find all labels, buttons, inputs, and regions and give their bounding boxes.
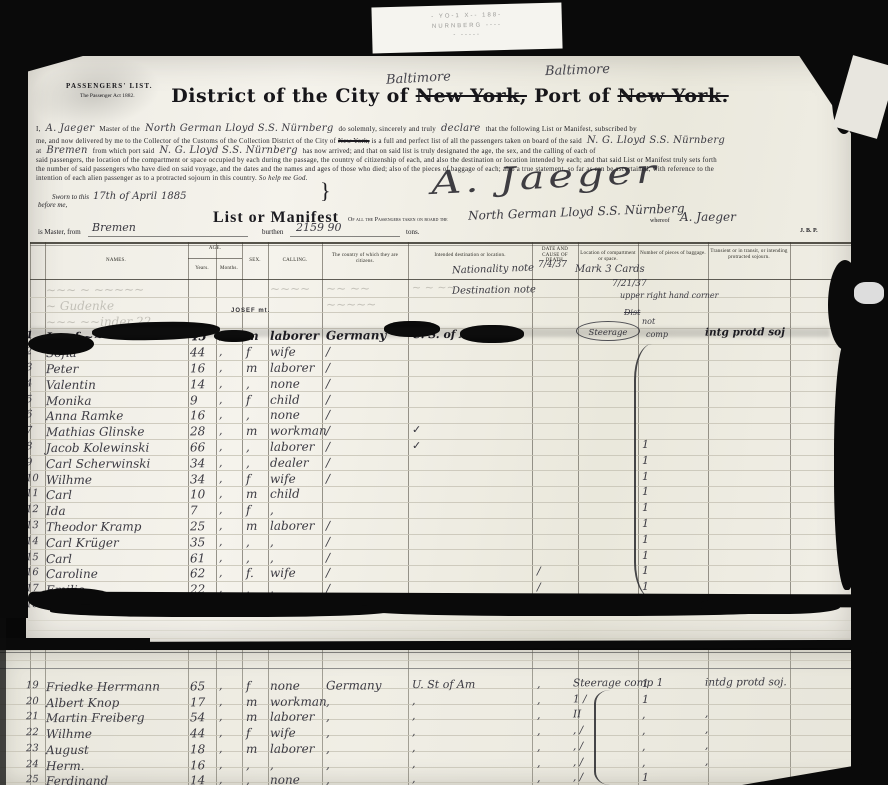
declaration-segment: is a full and perfect list of all the pa… [372,138,582,145]
col-header-calling: CALLING. [268,258,322,264]
handwritten-baltimore-2: Baltimore [545,62,610,79]
cell-sex: , [246,535,250,549]
cell-comp: , / [573,724,583,736]
rule-line [28,638,855,639]
cell-trans: , [705,739,708,751]
cell-mos: , [219,456,223,469]
declaration-segment: do solemnly, sincerely and truly [338,125,436,133]
damage-band [50,603,390,617]
cell-dth: , [537,772,541,785]
cell-sex: f. [246,566,254,580]
declaration-segment: has now arrived; and that on said list i… [303,148,596,155]
cell-ctry: , [326,694,330,708]
declaration-segment: that the following List or Manifest, sub… [486,125,637,133]
declaration-segment: So help me God. [259,175,308,182]
corner-note: upper right hand corner [620,291,732,300]
edge-white-notch [854,282,884,304]
rule-line [30,242,853,244]
cell-dest: , [412,741,416,754]
cell-name: Monika [46,393,92,407]
declaration-segment: N. G. Lloyd S.S. Nürnberg [584,135,728,146]
declaration-segment: New York, [338,138,370,145]
cell-dth: , [537,756,541,769]
col-header-years: Years. [188,266,216,272]
col-header-age: AGE. [189,246,241,252]
cell-no: 23 [26,743,39,754]
cell-ctry: / [326,566,330,580]
smear-band [30,328,830,337]
cell-dest: , [412,772,416,785]
cell-yrs: 7 [190,503,198,517]
cell-call: wife [270,471,296,485]
cell-sex: f [246,679,251,693]
cell-yrs: 16 [190,409,205,423]
before-me: before me, [38,201,67,209]
mark-cards-date: 7/21/37 [612,279,647,289]
cell-sex: f [246,503,251,517]
title-prefix: District of the City of [171,85,408,107]
rule-line [0,652,888,653]
cell-bag: 1 [642,693,649,706]
cell-name: Theodor Kramp [46,520,142,534]
master-name-fill: A. Jaeger [680,210,736,224]
cell-call: dealer [270,456,309,470]
cell-call: workman [270,694,327,708]
cell-mos: , [219,711,223,724]
cell-ctry: Germany [326,678,382,692]
cell-sex: f [246,345,251,359]
cell-dth: , [537,677,541,690]
cell-no: 22 [26,727,39,738]
cell-ctry: , [326,726,330,740]
cell-yrs: 9 [190,393,198,407]
cell-ctry: / [326,408,330,422]
film-edge-left-lower [0,618,6,785]
cell-ctry: / [326,424,330,438]
cell-dest: , [412,725,416,738]
cell-yrs: 34 [190,472,205,486]
cell-name: Ida [46,504,66,518]
cell-sex: , [246,408,250,422]
cell-call: none [270,408,300,422]
cell-call: , [270,550,274,564]
cell-mos: , [219,377,223,390]
mark-cards-note: Mark 3 Cards [575,264,645,275]
cell-ctry: ~~ ~~ [326,281,370,295]
cell-mos: , [219,695,223,708]
cell-ctry: / [326,534,330,548]
cell-no: 20 [26,696,39,707]
cell-mos: , [219,472,223,485]
cell-mos: , [219,440,223,453]
cell-comp: Steerage comp 1 [573,677,663,689]
damage-band [700,597,840,614]
separator-bar [0,640,888,650]
cell-no: 25 [26,774,39,785]
cell-mos: , [219,535,223,548]
cell-ctry: / [326,345,330,359]
blank-underline [290,236,400,237]
cell-yrs: 28 [190,424,205,438]
cell-name: Mathias Glinske [46,425,145,440]
cell-call: child [270,392,300,406]
cell-call: laborer [270,710,315,724]
cell-sex: m [246,742,257,756]
declaration-line: at Bremen from which port said N. G. Llo… [36,146,856,156]
district-title: District of the City of New York, Port o… [140,85,760,107]
cell-name: Carl [46,488,72,502]
edge-blot [864,652,884,702]
cell-no: 24 [26,759,39,770]
josef-stamp: JOSEF mt. [231,308,270,314]
port-fill: Bremen [92,221,136,234]
cell-mos: , [219,567,223,580]
cell-sex: f [246,726,251,740]
cell-call: , [270,535,274,549]
cell-call: wife [270,566,296,580]
cell-ctry: , [326,773,330,785]
col-header-transit: Transient or in transit, or intending pr… [709,249,789,260]
cell-mos: , [219,424,223,437]
cell-name: ~~~ ~ ~~~~~ [46,283,144,298]
declaration-segment: North German Lloyd S.S. Nürnberg [142,123,336,134]
cell-mos: , [219,393,223,406]
cell-dest: ✓ [412,423,421,436]
cell-ctry: / [326,455,330,469]
cell-call: none [270,377,300,391]
cell-sex: m [246,487,257,501]
rule-line [30,245,853,246]
cell-yrs: 14 [190,377,205,391]
cell-dest: ✓ [412,439,421,452]
cell-bag: 1 [642,771,649,784]
cell-trans: , [705,724,708,736]
rule-line [0,668,888,669]
cell-sex: m [246,710,257,724]
cell-ctry: , [326,741,330,755]
col-header-months: Months. [216,266,242,272]
cell-bag: 1 [642,677,649,690]
cell-no: 19 [26,680,39,691]
cell-sex: , [246,773,250,785]
cell-yrs: 44 [190,345,205,359]
edge-blot [828,260,862,350]
cell-comp: , / [573,740,583,752]
cell-yrs: 10 [190,488,205,502]
cell-sex: , [246,456,250,470]
declaration-line: I, A. Jaeger Master of the North German … [36,122,856,136]
cell-dth: , [537,693,541,706]
cell-call: laborer [270,519,315,533]
cell-yrs: 61 [190,551,205,565]
burthen-label: burthen [262,228,283,236]
cell-name: ~ Gudenke [46,299,114,313]
cell-bag: , [642,708,646,721]
tons-value: 2159 90 [296,221,342,234]
cell-dest: U. St of Am [412,678,475,691]
film-edge-left [0,0,28,618]
cell-trans: , [705,708,708,720]
declaration-segment: me, and now delivered by me to the Colle… [36,138,336,145]
cell-mos: , [219,679,223,692]
title-struck-newyork-1: New York, [416,85,527,107]
stamp-line: - ----- [372,30,562,41]
cell-ctry: / [326,519,330,533]
destination-note: Destination note [452,284,536,296]
cell-bag: , [642,740,646,753]
cell-mos: , [219,758,223,771]
cell-mos: , [219,726,223,739]
cell-yrs: 65 [190,679,205,693]
cell-sex: f [246,393,251,407]
rule-line [188,258,242,259]
declaration-segment: from which port said [93,148,155,155]
cell-name: Anna Ramke [46,409,123,423]
cell-name: Wilhme [46,472,92,486]
cell-name: Herm. [46,758,85,772]
cell-mos: , [219,773,223,785]
cell-name: Friedke Herrmann [46,679,160,694]
cell-trans: , [705,755,708,767]
cell-name: Ferdinand [46,774,108,785]
cell-mos: , [219,409,223,422]
cell-ctry: / [326,471,330,485]
cell-mos: , [219,361,223,374]
sworn-year: 1885 [161,191,186,202]
corner-note-struck-word: Dist [624,308,640,317]
rule-line [28,620,855,621]
cell-call: laborer [270,440,315,454]
archive-stamp: - YO-1 X-- 188- NURNBERG ---- - ----- [371,3,562,54]
of-all-passengers: Of all the Passengers taken on board the [348,217,448,223]
rule-line [28,630,855,631]
cell-comp: II [573,709,581,721]
cell-sex: , [246,551,250,565]
cell-call: , [270,757,274,771]
nationality-note-date: 7/4/37 [538,260,567,270]
cell-call: none [270,679,300,693]
rule-line [0,660,888,661]
scanned-passenger-manifest: PASSENGERS' LIST. The Passenger Act 1882… [0,0,888,785]
cell-ctry: / [326,392,330,406]
cell-name: Albert Knop [46,695,119,709]
cell-sex: f [246,472,251,486]
declaration-segment: I, [36,125,41,133]
declaration-segment: Bremen [43,145,90,156]
cell-call: child [270,487,300,501]
is-master-from: is Master, from [38,228,81,236]
cell-bag: , [642,724,646,737]
cell-yrs: 66 [190,440,205,454]
col-header-country: The country of which they are citizens. [324,253,406,264]
cell-ctry: / [326,550,330,564]
title-portof: Port of [534,85,610,107]
cell-yrs: 18 [190,742,205,756]
declaration-segment: declare [438,123,484,134]
cell-call: laborer [270,741,315,755]
cell-dest: , [412,694,416,707]
cell-comp: , / [573,771,583,783]
cell-yrs: 54 [190,711,205,725]
cell-sex: m [246,424,257,438]
col-header-compartment: Location of compartment or space. [579,251,637,262]
col-header-names: NAMES. [46,258,186,264]
tons-label: tons. [406,228,419,236]
edge-blot [834,340,860,590]
cell-ctry: , [326,710,330,724]
cell-dth: / [537,565,541,578]
cell-yrs: 25 [190,519,205,533]
cell-dest: ~ ~ ~~ [412,281,456,294]
col-header-sex: SEX. [242,258,268,264]
cell-bag: , [642,755,646,768]
sworn-date: 17th of April [93,191,157,202]
cell-dth: , [537,725,541,738]
cell-yrs: 35 [190,535,205,549]
cell-mos: , [219,742,223,755]
cell-sex: m [246,519,257,533]
cell-sex: , [246,440,250,454]
cell-name: Jacob Kolewinski [46,441,149,456]
whereof-label: whereof [650,218,670,224]
cell-yrs: 62 [190,567,205,581]
cell-trans: intdg protd soj. [705,676,787,688]
cell-ctry: ~~~~~ [326,297,376,311]
cell-dest: , [412,757,416,770]
cell-call: ~~~~ [270,282,310,296]
cell-name: Carl [46,552,72,566]
cell-ctry: , [326,757,330,771]
cell-name: Carl Scherwinski [46,456,150,471]
cell-sex: m [246,695,257,709]
cell-call: none [270,773,300,785]
cell-call: wife [270,345,296,359]
jbp-initials: J. B. P. [800,228,818,234]
cell-yrs: 16 [190,361,205,375]
compartment-brace [634,344,652,598]
cell-yrs: 34 [190,456,205,470]
declaration-segment: at [36,148,41,155]
cell-yrs: 16 [190,758,205,772]
col-header-baggage: Number of pieces of baggage. [639,251,707,257]
cell-dth: , [537,740,541,753]
cell-sex: , [246,758,250,772]
cell-dth: / [537,581,541,594]
cell-mos: , [219,503,223,516]
declaration-segment: intention of each alien passenger as to … [36,175,257,182]
sworn-statement: Sworn to this 17th of April 1885 [52,186,186,204]
cell-mos: , [219,551,223,564]
cell-sex: m [246,361,257,375]
cell-name: Wilhme [46,727,92,741]
cell-no: 21 [26,712,39,723]
compartment-brace-lower [594,690,610,785]
cell-call: , [270,503,274,517]
cell-yrs: 17 [190,695,205,709]
cell-dest: , [412,710,416,723]
cell-mos: , [219,519,223,532]
cell-name: Peter [46,362,78,376]
not-word: not [642,317,655,326]
cell-name: Martin Freiberg [46,711,145,726]
blank-underline [88,236,248,237]
cell-comp: 1 / [573,693,587,705]
col-header-destination: Intended destination or location. [410,253,530,259]
cell-name: Valentin [46,378,96,392]
cell-mos: , [219,488,223,501]
cell-ctry: / [326,361,330,375]
cell-sex: , [246,377,250,391]
cell-call: workman [270,424,327,438]
cell-ctry: / [326,376,330,390]
cell-yrs: 14 [190,773,205,785]
sworn-lead: Sworn to this [52,193,89,201]
cell-comp: , / [573,756,583,768]
cell-ctry: / [326,440,330,454]
cell-yrs: 44 [190,726,205,740]
cell-dth: , [537,709,541,722]
cell-name: Caroline [46,567,98,581]
cell-call: laborer [270,361,315,375]
cell-mos: , [219,345,223,358]
sworn-brace: } [320,178,331,204]
stamp-line: - YO-1 X-- 188- [372,11,562,22]
cell-name: Carl Krüger [46,536,119,550]
cell-name: August [46,743,89,757]
title-struck-newyork-2: New York. [617,85,728,107]
declaration-segment: N. G. Lloyd S.S. Nürnberg [156,145,300,156]
cell-call: wife [270,726,296,740]
